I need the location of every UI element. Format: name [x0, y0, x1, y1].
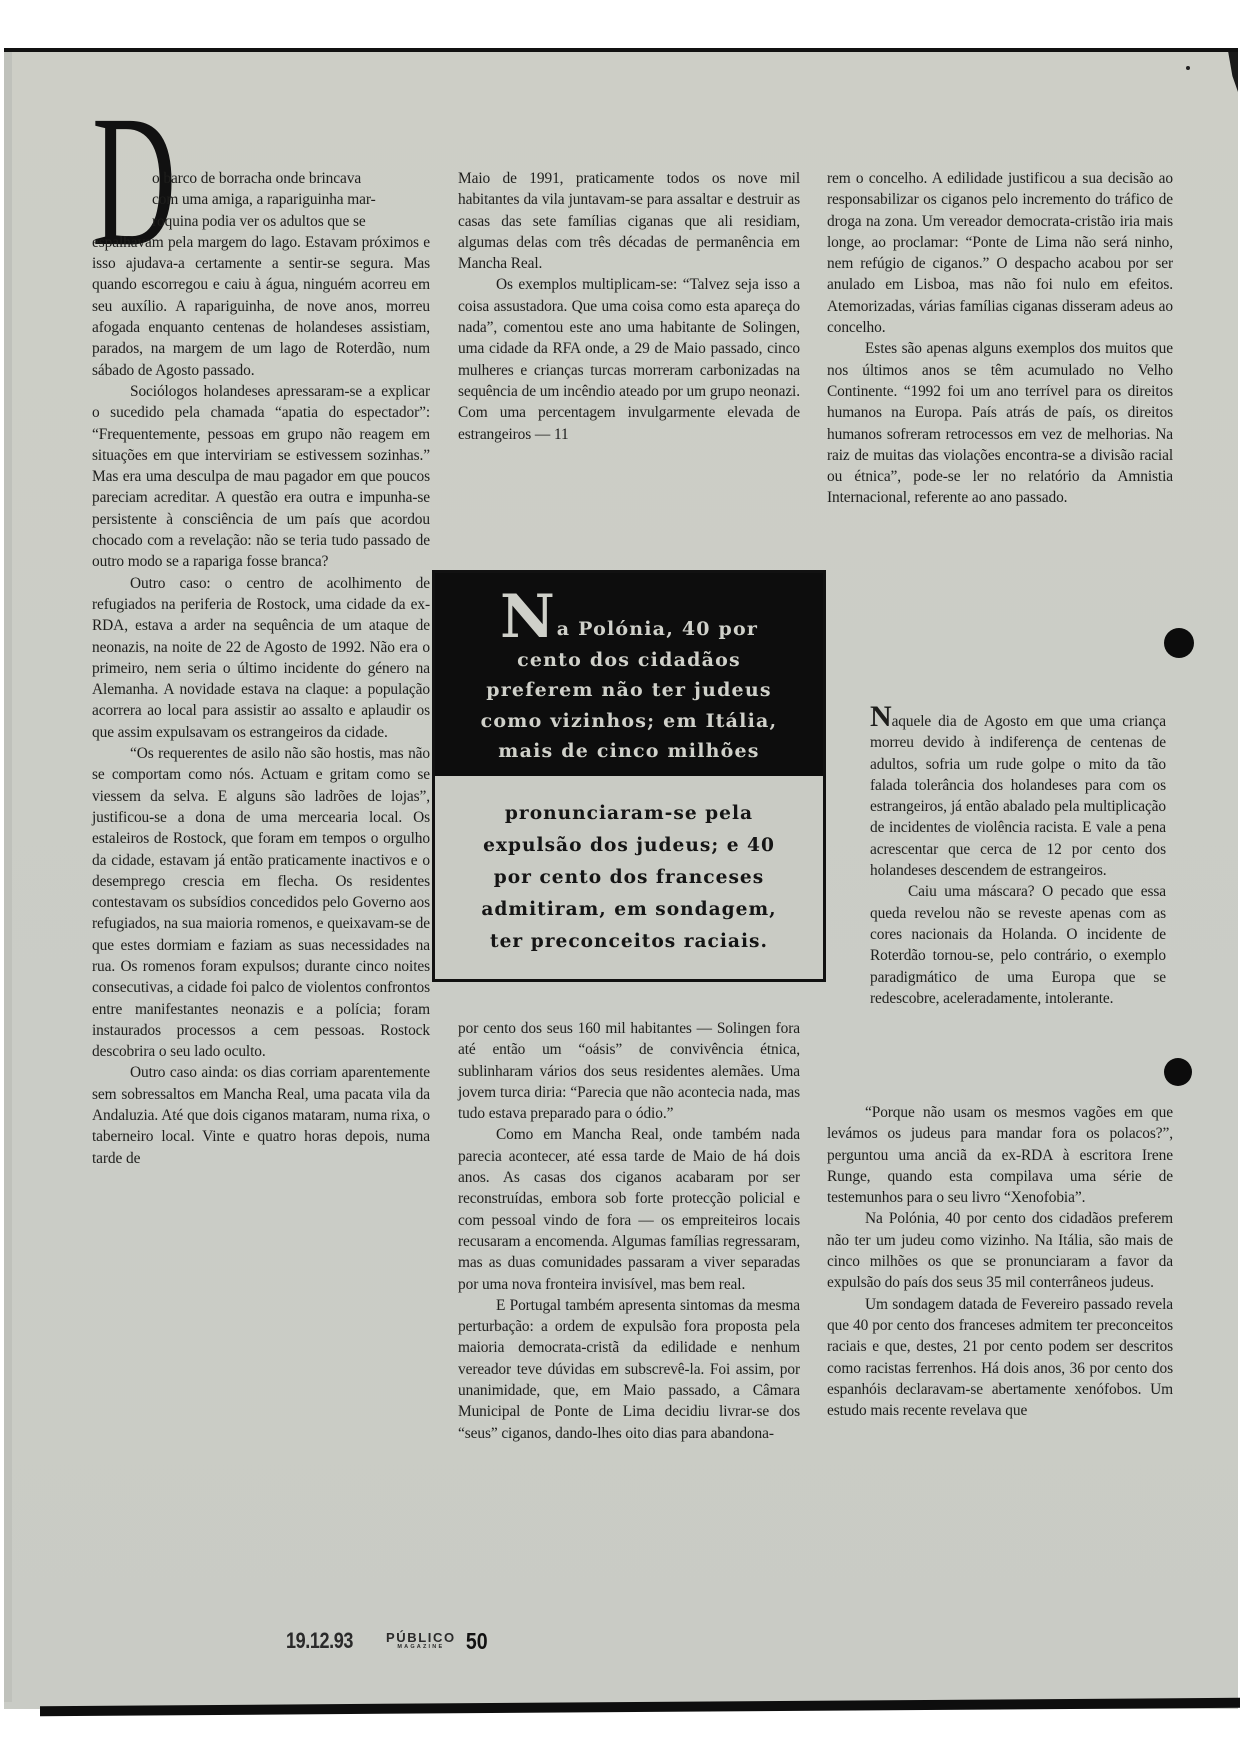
pull-quote-line: pronunciaram-se pela: [505, 803, 753, 824]
paragraph: Estes são apenas alguns exemplos dos mui…: [827, 338, 1173, 508]
article-column-3-lower: “Porque não usam os mesmos vagões em que…: [827, 1102, 1173, 1421]
pull-quote-line: mais de cinco milhões: [498, 740, 759, 762]
pull-quote-line: a Polónia, 40 por: [557, 618, 758, 640]
paragraph: Caiu uma máscara? O pecado que essa qued…: [870, 881, 1166, 1009]
paragraph: Naquele dia de Agosto em que uma criança…: [870, 708, 1166, 881]
pull-quote-line: ter preconceitos raciais.: [490, 931, 768, 952]
paragraph: E Portugal também apresenta sintomas da …: [458, 1295, 800, 1444]
paragraph-text: aquele dia de Agosto em que uma criança …: [870, 713, 1166, 879]
article-column-3-bottom: Naquele dia de Agosto em que uma criança…: [870, 708, 1166, 1009]
text-line: o barco de borracha onde brincava: [152, 168, 430, 189]
section-bullet: [1164, 1058, 1192, 1086]
paragraph: por cento dos seus 160 mil habitantes — …: [458, 1018, 800, 1124]
paragraph: Um sondagem datada de Fevereiro passado …: [827, 1294, 1173, 1422]
text-line: roquina podia ver os adultos que se: [152, 211, 430, 232]
page-number: 50: [466, 1628, 488, 1655]
speck-mark: [1186, 66, 1190, 70]
pull-quote-drop-cap: N: [500, 582, 555, 652]
brand-name: PÚBLICO: [386, 1631, 456, 1644]
section-bullet: [1164, 628, 1194, 658]
pull-quote-line: cento dos cidadãos: [517, 649, 741, 671]
dropcap-wrapped-lines: o barco de borracha onde brincava com um…: [92, 168, 430, 232]
paragraph: “Os requerentes de asilo não são hostis,…: [92, 743, 430, 1062]
paragraph: Outro caso: o centro de acolhimento de r…: [92, 573, 430, 743]
pull-quote-line: preferem não ter judeus: [486, 679, 772, 701]
pull-quote-bottom: pronunciaram-se pela expulsão dos judeus…: [435, 776, 823, 958]
section-drop-cap: N: [870, 700, 892, 733]
pull-quote-line: expulsão dos judeus; e 40: [483, 835, 775, 856]
paragraph: Os exemplos multiplicam-se: “Talvez seja…: [458, 274, 800, 444]
paragraph: Como em Mancha Real, onde também nada pa…: [458, 1124, 800, 1294]
article-column-3-top: rem o concelho. A edilidade justificou a…: [827, 168, 1173, 509]
scan-left-edge: [4, 52, 12, 1702]
pull-quote-top-band: Na Polónia, 40 por cento dos cidadãos pr…: [435, 573, 823, 776]
paragraph: Na Polónia, 40 por cento dos cidadãos pr…: [827, 1208, 1173, 1293]
pull-quote-line: por cento dos franceses: [494, 867, 764, 888]
brand-subtitle: MAGAZINE: [397, 1645, 444, 1651]
paragraph: espalhavam pela margem do lago. Estavam …: [92, 232, 430, 381]
paragraph: Outro caso ainda: os dias corriam aparen…: [92, 1062, 430, 1168]
page-footer: 19.12.93 PÚBLICO MAGAZINE 50: [286, 1626, 489, 1656]
paragraph: “Porque não usam os mesmos vagões em que…: [827, 1102, 1173, 1208]
pull-quote-box: Na Polónia, 40 por cento dos cidadãos pr…: [432, 570, 826, 982]
article-column-2-bottom: por cento dos seus 160 mil habitantes — …: [458, 1018, 800, 1444]
pull-quote-line: como vizinhos; em Itália,: [481, 710, 778, 732]
paragraph: Sociólogos holandeses apressaram-se a ex…: [92, 381, 430, 573]
issue-date: 19.12.93: [286, 1628, 361, 1654]
paragraph: Maio de 1991, praticamente todos os nove…: [458, 168, 800, 274]
paragraph: rem o concelho. A edilidade justificou a…: [827, 168, 1173, 338]
publication-logo: PÚBLICO MAGAZINE: [386, 1631, 456, 1651]
text-line: com uma amiga, a rapariguinha mar-: [152, 189, 430, 210]
pull-quote-line: admitiram, em sondagem,: [481, 899, 776, 920]
article-column-2-top: Maio de 1991, praticamente todos os nove…: [458, 168, 800, 445]
article-column-1: o barco de borracha onde brincava com um…: [92, 168, 430, 1169]
